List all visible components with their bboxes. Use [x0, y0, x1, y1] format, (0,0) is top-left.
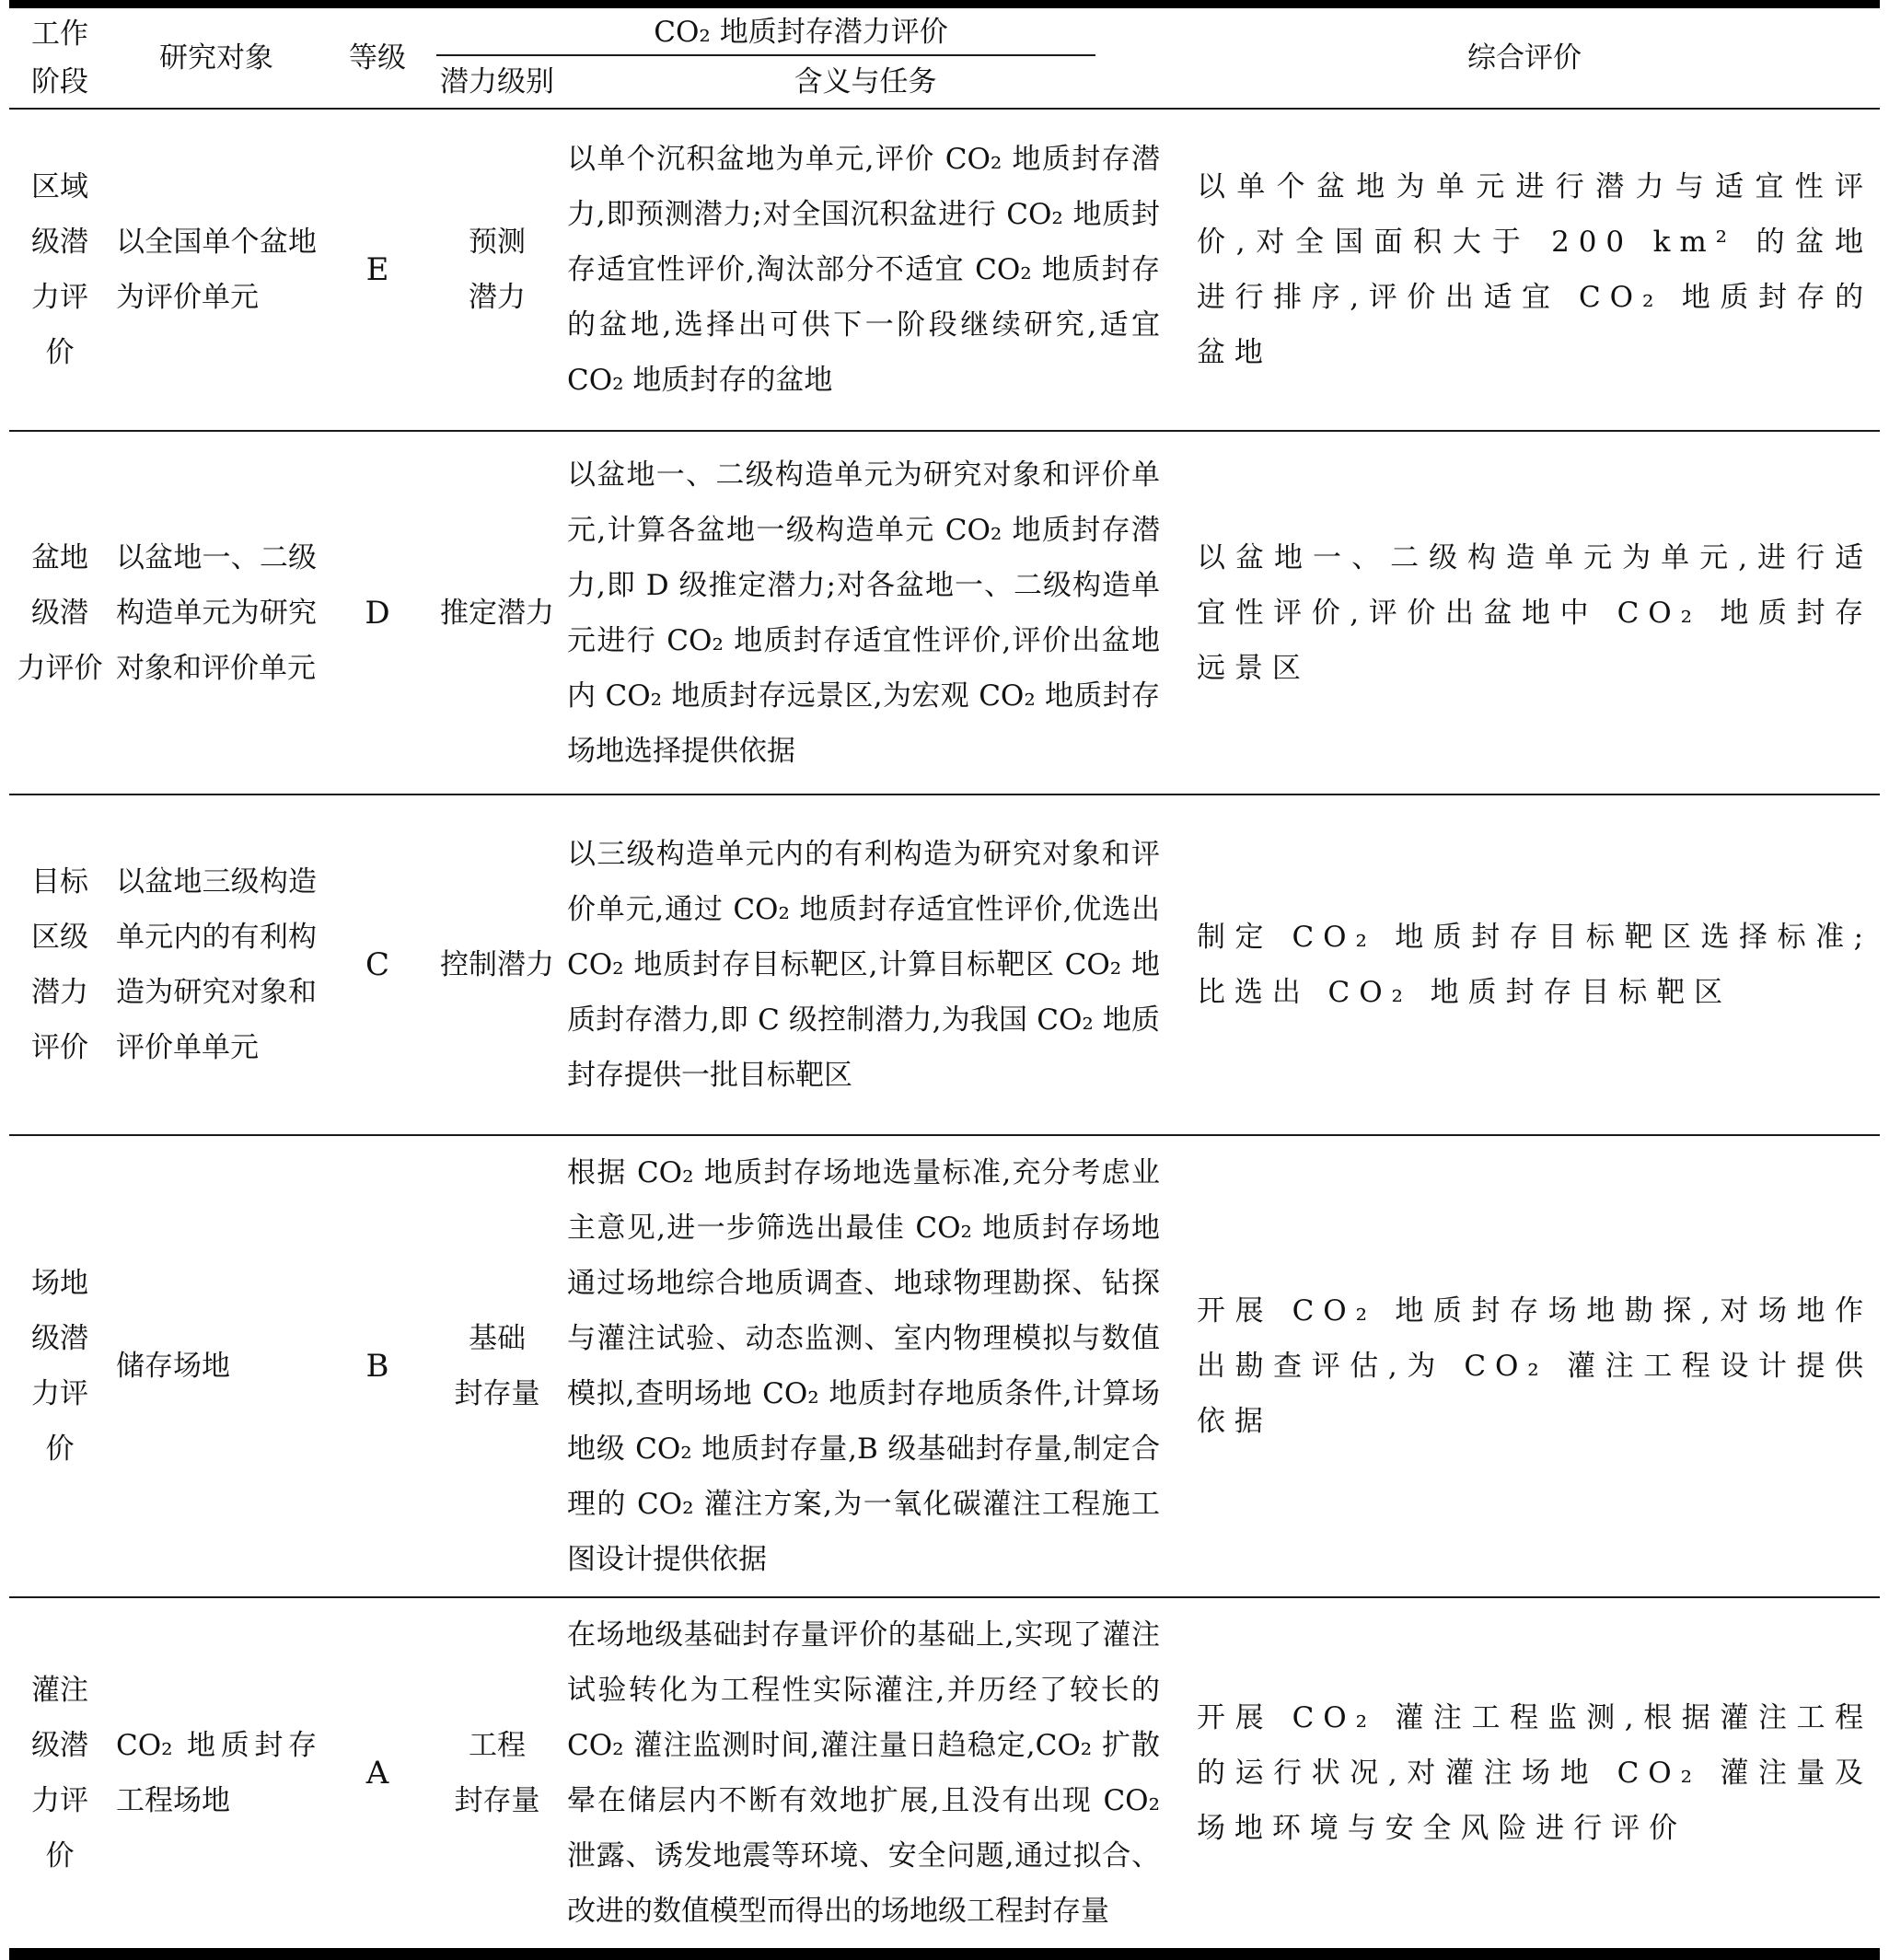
header-span-co2-potential: CO₂ 地质封存潜力评价 [433, 5, 1169, 57]
overall-cell: 开展 CO₂ 地质封存场地勘探,对场地作出勘查评估,为 CO₂ 灌注工程设计提供… [1169, 1135, 1880, 1597]
stage-cell: 盆地 级潜 力评价 [9, 431, 110, 794]
header-meaning-task: 含义与任务 [562, 56, 1169, 109]
meaning-cell: 根据 CO₂ 地质封存场地选量标准,充分考虑业主意见,进一步筛选出最佳 CO₂ … [562, 1135, 1169, 1597]
stage-cell: 目标 区级 潜力 评价 [9, 794, 110, 1135]
grade-cell: E [322, 109, 433, 431]
object-cell: 以盆地一、二级构造单元为研究对象和评价单元 [110, 431, 322, 794]
meaning-cell: 以三级构造单元内的有利构造为研究对象和评价单元,通过 CO₂ 地质封存适宜性评价… [562, 794, 1169, 1135]
object-cell: 以盆地三级构造单元内的有利构造为研究对象和评价单单元 [110, 794, 322, 1135]
grade-cell: C [322, 794, 433, 1135]
table-header: 工作 阶段 研究对象 等级 CO₂ 地质封存潜力评价 综合评价 潜力级别 含义与… [9, 5, 1880, 110]
header-grade: 等级 [322, 5, 433, 110]
level-cell: 推定潜力 [433, 431, 562, 794]
grade-cell: D [322, 431, 433, 794]
meaning-cell: 以单个沉积盆地为单元,评价 CO₂ 地质封存潜力,即预测潜力;对全国沉积盆进行 … [562, 109, 1169, 431]
meaning-cell: 在场地级基础封存量评价的基础上,实现了灌注试验转化为工程性实际灌注,并历经了较长… [562, 1597, 1169, 1954]
overall-cell: 制定 CO₂ 地质封存目标靶区选择标准;比选出 CO₂ 地质封存目标靶区 [1169, 794, 1880, 1135]
level-cell: 工程 封存量 [433, 1597, 562, 1954]
co2-storage-potential-table: 工作 阶段 研究对象 等级 CO₂ 地质封存潜力评价 综合评价 潜力级别 含义与… [9, 0, 1880, 1960]
overall-cell: 以单个盆地为单元进行潜力与适宜性评价,对全国面积大于 200 km² 的盆地进行… [1169, 109, 1880, 431]
table-row: 场地 级潜 力评 价 储存场地 B 基础 封存量 根据 CO₂ 地质封存场地选量… [9, 1135, 1880, 1597]
table-row: 灌注 级潜 力评 价 CO₂ 地质封存工程场地 A 工程 封存量 在场地级基础封… [9, 1597, 1880, 1954]
overall-cell: 以盆地一、二级构造单元为单元,进行适宜性评价,评价出盆地中 CO₂ 地质封存远景… [1169, 431, 1880, 794]
level-cell: 预测 潜力 [433, 109, 562, 431]
header-object: 研究对象 [110, 5, 322, 110]
table-row: 目标 区级 潜力 评价 以盆地三级构造单元内的有利构造为研究对象和评价单单元 C… [9, 794, 1880, 1135]
table-row: 盆地 级潜 力评价 以盆地一、二级构造单元为研究对象和评价单元 D 推定潜力 以… [9, 431, 1880, 794]
header-overall: 综合评价 [1169, 5, 1880, 110]
object-cell: CO₂ 地质封存工程场地 [110, 1597, 322, 1954]
stage-cell: 场地 级潜 力评 价 [9, 1135, 110, 1597]
paper-table-page: 工作 阶段 研究对象 等级 CO₂ 地质封存潜力评价 综合评价 潜力级别 含义与… [0, 0, 1889, 1911]
stage-cell: 区域 级潜 力评 价 [9, 109, 110, 431]
stage-cell: 灌注 级潜 力评 价 [9, 1597, 110, 1954]
header-stage: 工作 阶段 [9, 5, 110, 110]
overall-cell: 开展 CO₂ 灌注工程监测,根据灌注工程的运行状况,对灌注场地 CO₂ 灌注量及… [1169, 1597, 1880, 1954]
level-cell: 控制潜力 [433, 794, 562, 1135]
table-body: 区域 级潜 力评 价 以全国单个盆地为评价单元 E 预测 潜力 以单个沉积盆地为… [9, 109, 1880, 1954]
meaning-cell: 以盆地一、二级构造单元为研究对象和评价单元,计算各盆地一级构造单元 CO₂ 地质… [562, 431, 1169, 794]
grade-cell: B [322, 1135, 433, 1597]
level-cell: 基础 封存量 [433, 1135, 562, 1597]
table-row: 区域 级潜 力评 价 以全国单个盆地为评价单元 E 预测 潜力 以单个沉积盆地为… [9, 109, 1880, 431]
grade-cell: A [322, 1597, 433, 1954]
object-cell: 储存场地 [110, 1135, 322, 1597]
header-potential-level: 潜力级别 [433, 56, 562, 109]
object-cell: 以全国单个盆地为评价单元 [110, 109, 322, 431]
